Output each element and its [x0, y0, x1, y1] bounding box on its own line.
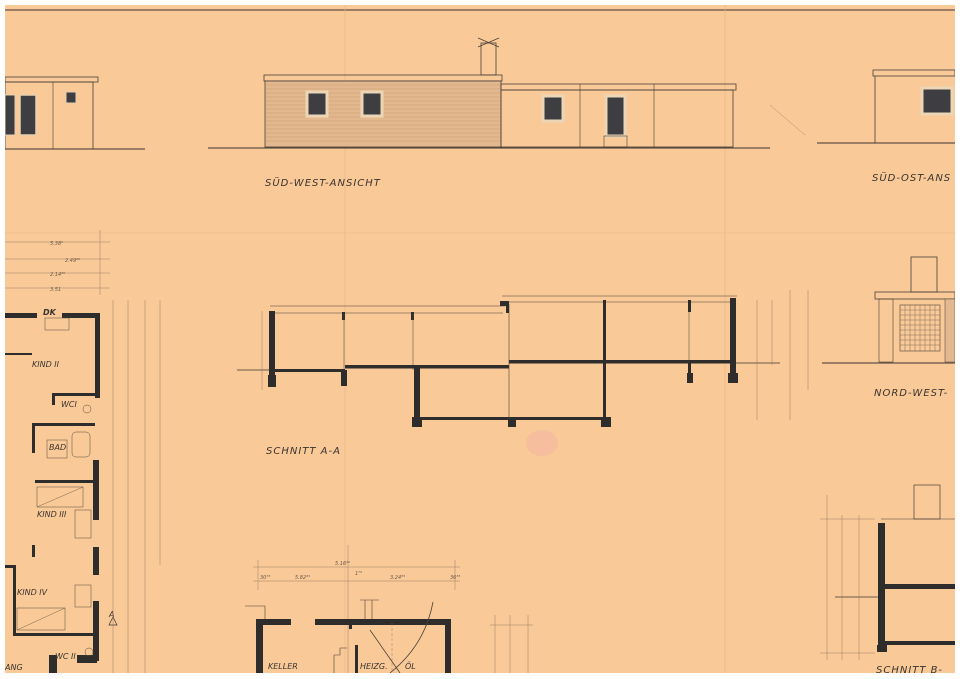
- sued-ost-ansicht-label: SÜD-OST-ANS: [872, 171, 951, 184]
- room-keller: KELLER: [268, 662, 298, 671]
- schnitt-b-label: SCHNITT B-: [876, 665, 943, 673]
- schnitt-b-section: SCHNITT B-: [820, 485, 955, 673]
- schnitt-a-a-section: SCHNITT A-A: [237, 290, 808, 457]
- dim-basement-5: 36³⁵: [450, 575, 460, 581]
- sued-ost-elevation: SÜD-OST-ANS: [770, 70, 955, 184]
- dim-basement-2: 5.82²⁵: [295, 575, 310, 581]
- schnitt-a-a-label: SCHNITT A-A: [266, 446, 341, 457]
- dim-basement-3: 1⁷⁵: [355, 571, 362, 577]
- sued-west-elevation: SÜD-WEST-ANSICHT: [208, 38, 770, 189]
- nord-west-ansicht-label: NORD-WEST-: [874, 388, 948, 399]
- room-kind-iii: KIND III: [37, 510, 67, 519]
- room-kind-ii: KIND II: [32, 360, 60, 369]
- dim-top-2: 2.49⁰⁰: [65, 258, 80, 264]
- room-oel: ÖL: [405, 661, 416, 671]
- room-kind-iv: KIND IV: [17, 588, 48, 597]
- dim-basement-total: 5.16²⁰: [335, 561, 350, 567]
- basement-plan: 5.16²⁰ 30⁷⁵ 5.82²⁵ 1⁷⁵ 3.24³⁵ 36³⁵ KELLE…: [245, 545, 533, 673]
- room-wc-ii: WC II: [55, 652, 76, 661]
- marker-dk: DK: [43, 308, 57, 317]
- blueprint-sheet: SÜD-WEST-ANSICHT SÜD-OST-ANS NORD-WEST-: [5, 5, 955, 673]
- floor-plan: 5.38⁵ 2.49⁰⁰ 2.14³⁵ 3.51: [5, 230, 160, 673]
- room-heizg: HEIZG.: [360, 662, 388, 671]
- room-bad: BAD: [49, 443, 66, 452]
- room-ang: ANG: [5, 663, 23, 672]
- dim-top-4: 3.51: [50, 287, 61, 293]
- room-wc-i: WCI: [61, 400, 77, 409]
- nord-west-elevation: NORD-WEST-: [822, 257, 955, 399]
- dim-basement-4: 3.24³⁵: [390, 575, 405, 581]
- left-elevation: [5, 77, 145, 149]
- blueprint-drawing: SÜD-WEST-ANSICHT SÜD-OST-ANS NORD-WEST-: [5, 5, 955, 673]
- dim-top-3: 2.14³⁵: [50, 272, 65, 278]
- dim-basement-1: 30⁷⁵: [260, 575, 270, 581]
- sued-west-ansicht-label: SÜD-WEST-ANSICHT: [265, 176, 381, 189]
- dim-top-1: 5.38⁵: [50, 241, 63, 247]
